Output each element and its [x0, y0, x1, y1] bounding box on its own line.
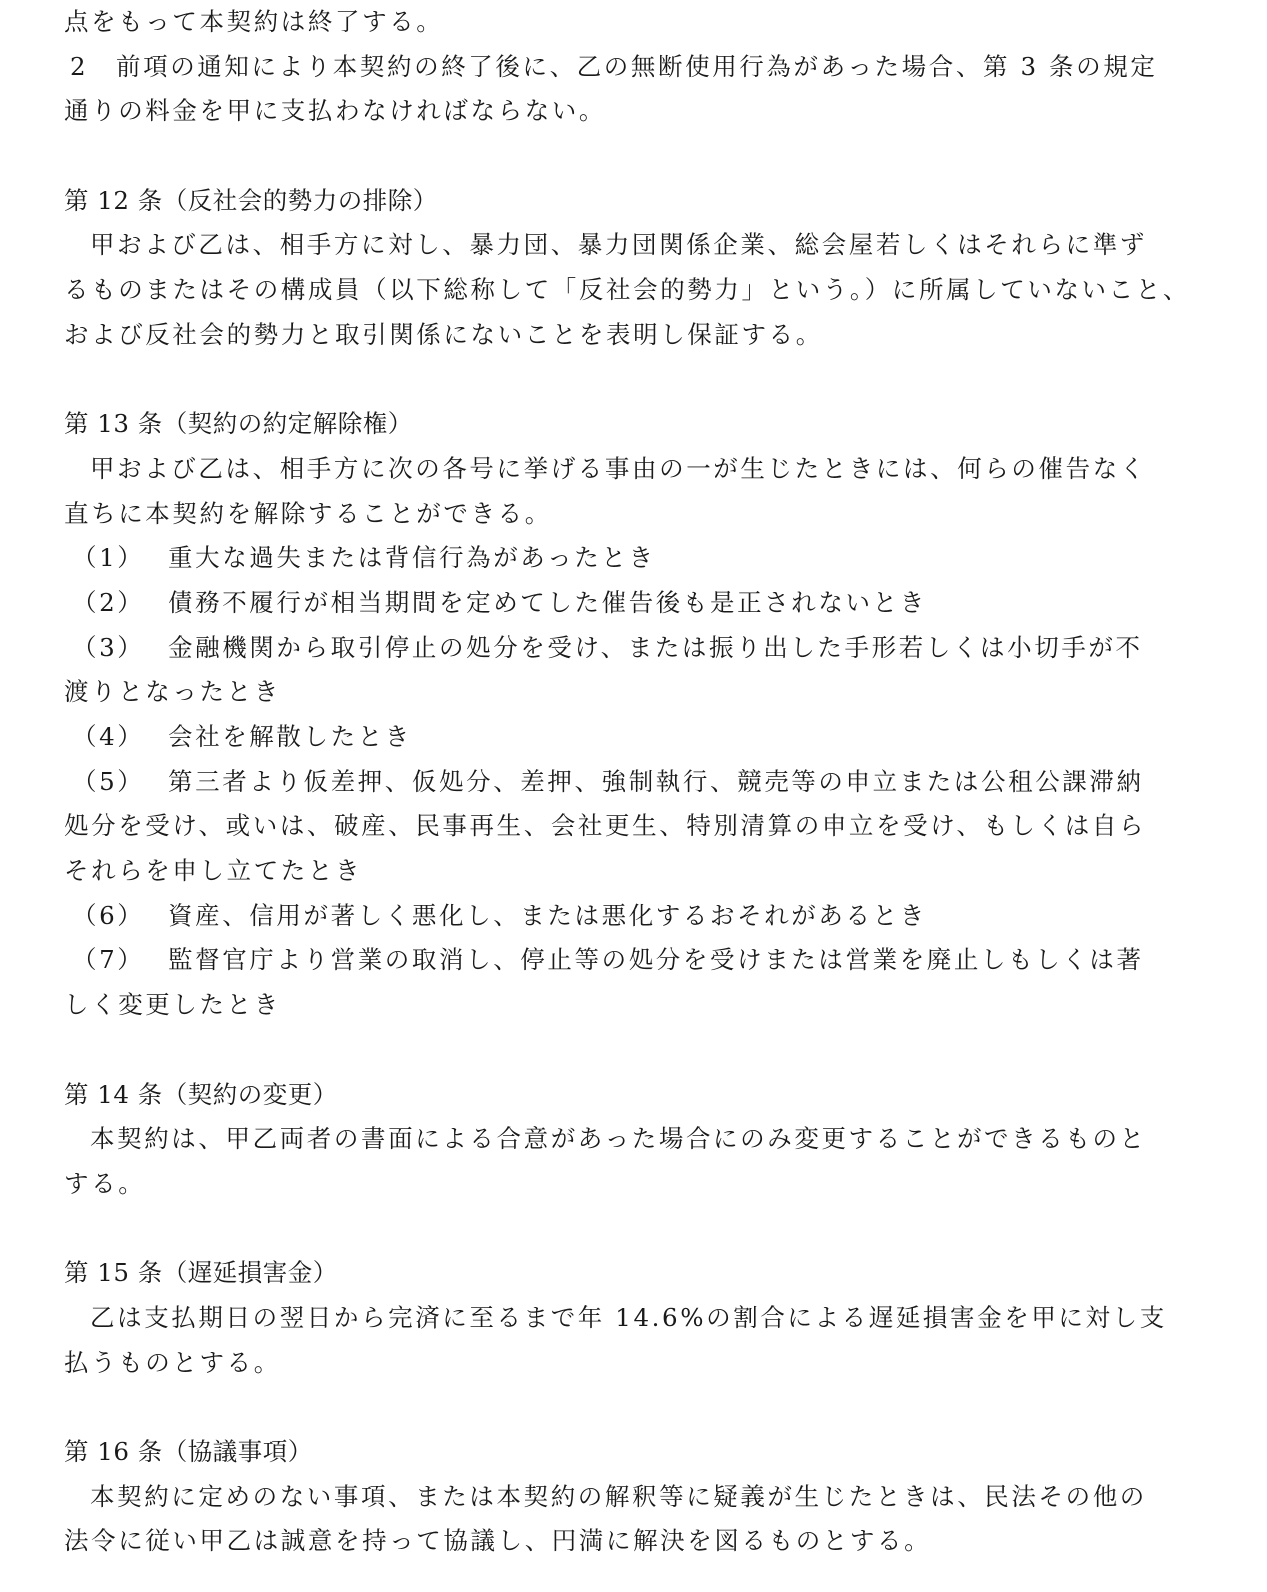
item-number: （7） [64, 938, 168, 983]
contract-document: 点をもって本契約は終了する。 2前項の通知により本契約の終了後に、乙の無断使用行… [64, 0, 1122, 1564]
spacer [64, 134, 1122, 179]
list-item-7: （7）監督官庁より営業の取消し、停止等の処分を受けまたは営業を廃止しもしくは著 [64, 938, 1122, 983]
spacer [64, 1385, 1122, 1430]
article-14-body-line: する。 [64, 1162, 1122, 1207]
article-16-body-line: 本契約に定めのない事項、または本契約の解釈等に疑義が生じたときは、民法その他の [64, 1475, 1122, 1520]
spacer [64, 1207, 1122, 1252]
list-item-3-cont: 渡りとなったとき [64, 670, 1122, 715]
item-number: （6） [64, 894, 168, 939]
item-number: （3） [64, 626, 168, 671]
list-item-5: （5）第三者より仮差押、仮処分、差押、強制執行、競売等の申立または公租公課滞納 [64, 760, 1122, 805]
list-item-1: （1）重大な過失または背信行為があったとき [64, 536, 1122, 581]
list-item-4: （4）会社を解散したとき [64, 715, 1122, 760]
paragraph-number: 2 [64, 45, 116, 90]
list-item-3: （3）金融機関から取引停止の処分を受け、または振り出した手形若しくは小切手が不 [64, 626, 1122, 671]
list-item-7-cont: しく変更したとき [64, 983, 1122, 1028]
paragraph-2-line: 通りの料金を甲に支払わなければならない。 [64, 89, 1122, 134]
spacer [64, 358, 1122, 403]
paragraph-2-line: 2前項の通知により本契約の終了後に、乙の無断使用行為があった場合、第 3 条の規… [64, 45, 1122, 90]
article-12-body-line: および反社会的勢力と取引関係にないことを表明し保証する。 [64, 313, 1122, 358]
article-16-body-line: 法令に従い甲乙は誠意を持って協議し、円満に解決を図るものとする。 [64, 1519, 1122, 1564]
list-item-5-cont: 処分を受け、或いは、破産、民事再生、会社更生、特別清算の申立を受け、もしくは自ら [64, 804, 1122, 849]
continuation-line: 点をもって本契約は終了する。 [64, 0, 1122, 45]
article-13-body-line: 直ちに本契約を解除することができる。 [64, 492, 1122, 537]
article-16-heading: 第 16 条（協議事項） [64, 1430, 1122, 1475]
item-number: （1） [64, 536, 168, 581]
article-12-heading: 第 12 条（反社会的勢力の排除） [64, 179, 1122, 224]
article-14-body-line: 本契約は、甲乙両者の書面による合意があった場合にのみ変更することができるものと [64, 1117, 1122, 1162]
article-15-heading: 第 15 条（遅延損害金） [64, 1251, 1122, 1296]
list-item-2: （2）債務不履行が相当期間を定めてした催告後も是正されないとき [64, 581, 1122, 626]
article-13-heading: 第 13 条（契約の約定解除権） [64, 402, 1122, 447]
item-number: （4） [64, 715, 168, 760]
article-15-body-line: 乙は支払期日の翌日から完済に至るまで年 14.6%の割合による遅延損害金を甲に対… [64, 1296, 1122, 1341]
spacer [64, 1028, 1122, 1073]
article-14-heading: 第 14 条（契約の変更） [64, 1073, 1122, 1118]
item-number: （2） [64, 581, 168, 626]
article-12-body-line: 甲および乙は、相手方に対し、暴力団、暴力団関係企業、総会屋若しくはそれらに準ず [64, 223, 1122, 268]
list-item-5-cont: それらを申し立てたとき [64, 849, 1122, 894]
list-item-6: （6）資産、信用が著しく悪化し、または悪化するおそれがあるとき [64, 894, 1122, 939]
article-12-body-line: るものまたはその構成員（以下総称して「反社会的勢力」という。）に所属していないこ… [64, 268, 1122, 313]
item-number: （5） [64, 760, 168, 805]
article-15-body-line: 払うものとする。 [64, 1341, 1122, 1386]
article-13-body-line: 甲および乙は、相手方に次の各号に挙げる事由の一が生じたときには、何らの催告なく [64, 447, 1122, 492]
